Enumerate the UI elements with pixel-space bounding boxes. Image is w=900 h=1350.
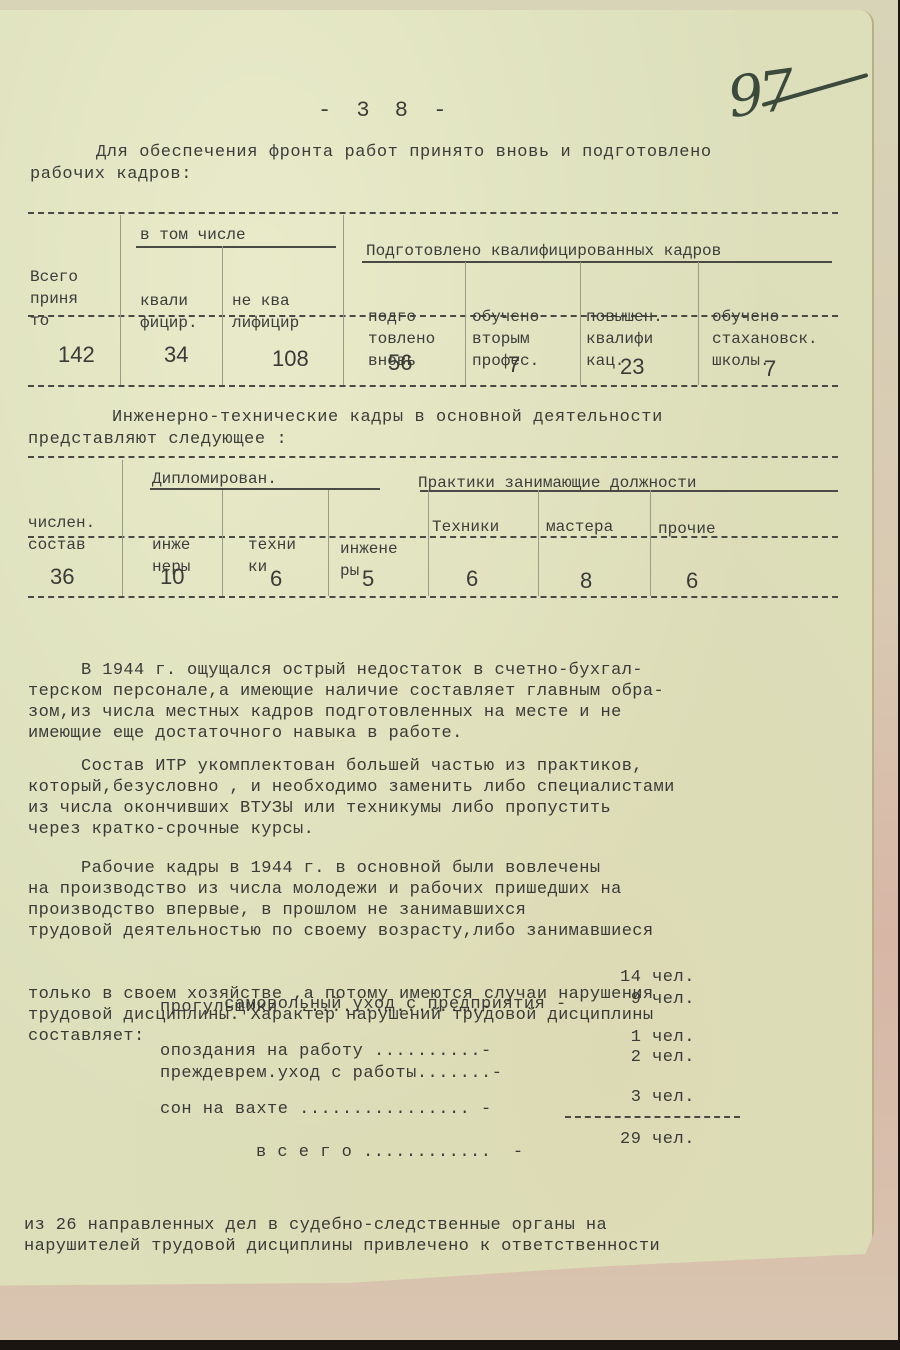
table1-col-divider [465,262,466,385]
violation-count: 1 чел. [620,1028,695,1047]
violation-item: сон на вахте ................ - [160,1100,492,1119]
table1-top-rule [28,212,838,214]
value-pr-other: 6 [686,568,698,594]
header-including: в том числе [140,224,246,246]
value-dip-technicians: 6 [270,566,282,592]
header-dip-technicians: техники [248,490,306,622]
violation-count: 9 чел. [620,990,695,1009]
violation-count: 14 чел. [620,968,695,987]
violations-total-count: 29 чел. [620,1130,695,1149]
table2-col-divider [122,460,123,596]
table2-col-divider [222,490,223,596]
violation-item: прогульщики .................- [160,998,492,1017]
header-pr-engineers: инженеры [340,494,398,626]
header-stakhanov-schools: обученостахановск.школы. [712,262,818,416]
itr-intro-line-1: Инженерно-технические кадры в основной д… [112,408,663,427]
page-number: - 3 8 - [318,98,452,123]
violations-total-label: в с е г о ............ - [256,1143,524,1162]
table2-col-divider [650,490,651,596]
handwritten-folio-number: 97 [724,58,796,131]
table1-col-divider [580,262,581,385]
table1-col-divider [698,262,699,385]
violation-item: преждеврем.уход с работы.......- [160,1064,502,1083]
total-rule [565,1116,740,1118]
itr-intro-line-2: представляют следующее : [28,430,287,449]
violation-count: 2 чел. [620,1048,695,1067]
header-trained-new: подготовленовновь [368,262,435,416]
value-trained-new: 56 [388,350,412,376]
header-second-profession: обученовторымпрофес. [472,262,539,416]
violation-item: опоздания на работу ..........- [160,1042,492,1061]
intro-line-2: рабочих кадров: [30,165,192,184]
value-stakhanov-schools: 7 [764,356,776,382]
value-pr-masters: 8 [580,568,592,594]
value-qualified: 34 [164,342,188,368]
header-pr-technicians: Техники [432,516,499,538]
value-pr-engineers: 5 [362,566,374,592]
header-trained-group: Подготовлено квалифицированных кадров [366,240,721,262]
header-practice-group: Практики занимающие должности [418,472,696,494]
header-raised-qualification: повышен.квалификац. [586,262,663,416]
header-pr-masters: мастера [546,516,613,538]
value-dip-engineers: 10 [160,564,184,590]
value-unqualified: 108 [272,346,309,372]
value-staff: 36 [50,564,74,590]
document-page: - 3 8 - 97 Для обеспечения фронта работ … [0,10,874,1325]
table2-bottom-rule [28,596,838,598]
table2-col-divider [428,490,429,596]
value-raised-qualification: 23 [620,354,644,380]
header-pr-other: прочие [658,518,716,540]
value-total: 142 [58,342,95,368]
violation-count: 3 чел. [620,1088,695,1107]
table2-col-divider [538,490,539,596]
table1-col-divider [120,215,121,385]
header-diploma-group: Дипломирован. [152,468,277,490]
intro-line-1: Для обеспечения фронта работ принято вно… [96,143,712,162]
table2-top-rule [28,456,838,458]
table1-col-divider [343,215,344,385]
value-second-profession: 7 [508,352,520,378]
header-dip-engineers: инженеры [152,490,210,622]
table2-col-divider [328,490,329,596]
table1-col-divider [222,246,223,385]
value-pr-technicians: 6 [466,566,478,592]
